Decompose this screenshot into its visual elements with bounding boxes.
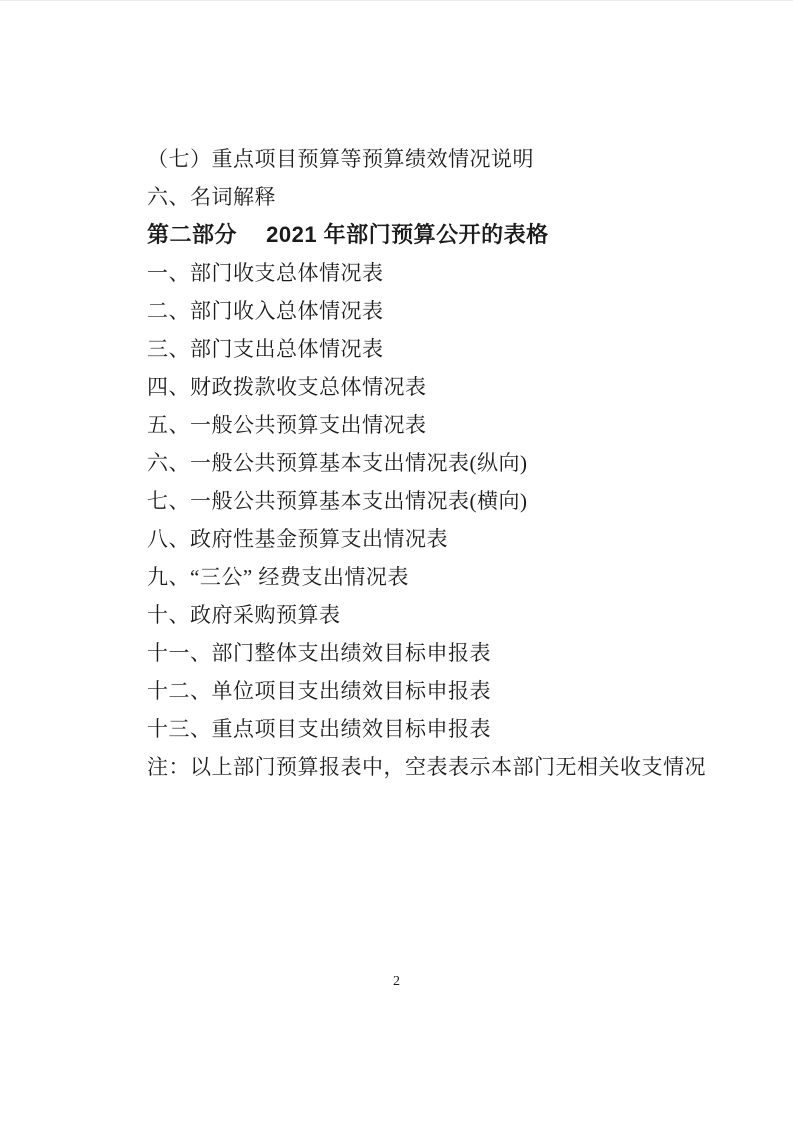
page-footer: 2 [0, 972, 793, 990]
section-heading-part2: 第二部分 2021 年部门预算公开的表格 [147, 216, 713, 254]
toc-line-glossary: 六、名词解释 [147, 178, 713, 216]
toc-content: （七）重点项目预算等预算绩效情况说明 六、名词解释 第二部分 2021 年部门预… [147, 140, 713, 786]
toc-line-table-12: 十二、单位项目支出绩效目标申报表 [147, 672, 713, 710]
toc-line-table-9: 九、“三公” 经费支出情况表 [147, 558, 713, 596]
toc-line-table-5: 五、一般公共预算支出情况表 [147, 406, 713, 444]
toc-line-table-1: 一、部门收支总体情况表 [147, 254, 713, 292]
toc-line-table-10: 十、政府采购预算表 [147, 596, 713, 634]
document-page: （七）重点项目预算等预算绩效情况说明 六、名词解释 第二部分 2021 年部门预… [0, 0, 793, 1122]
toc-line-table-7: 七、一般公共预算基本支出情况表(横向) [147, 482, 713, 520]
page-number: 2 [393, 974, 400, 989]
toc-line-table-3: 三、部门支出总体情况表 [147, 330, 713, 368]
toc-line-table-13: 十三、重点项目支出绩效目标申报表 [147, 710, 713, 748]
toc-line-note: 注：以上部门预算报表中，空表表示本部门无相关收支情况 [147, 748, 713, 786]
toc-line-table-6: 六、一般公共预算基本支出情况表(纵向) [147, 444, 713, 482]
page-top-edge-divider [0, 0, 793, 1]
toc-line-section7-note: （七）重点项目预算等预算绩效情况说明 [147, 140, 713, 178]
toc-line-table-8: 八、政府性基金预算支出情况表 [147, 520, 713, 558]
toc-line-table-2: 二、部门收入总体情况表 [147, 292, 713, 330]
toc-line-table-4: 四、财政拨款收支总体情况表 [147, 368, 713, 406]
toc-line-table-11: 十一、部门整体支出绩效目标申报表 [147, 634, 713, 672]
